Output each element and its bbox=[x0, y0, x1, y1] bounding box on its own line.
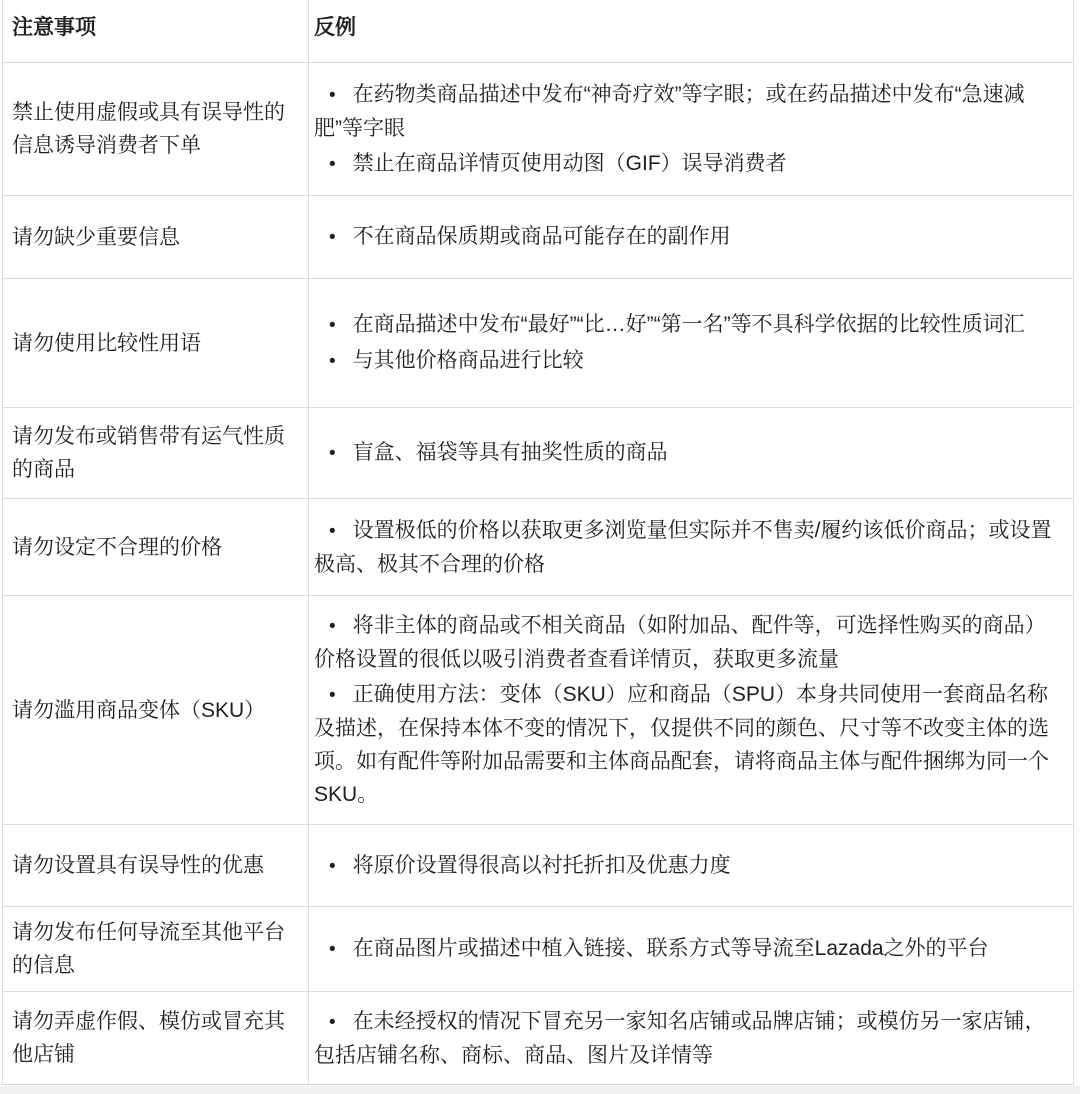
page-bottom-edge bbox=[0, 1086, 1080, 1094]
bullet-marker-icon: • bbox=[329, 227, 336, 248]
note-text: 请勿发布任何导流至其他平台的信息 bbox=[12, 916, 299, 982]
note-text: 请勿使用比较性用语 bbox=[12, 327, 299, 360]
examples-cell: •不在商品保质期或商品可能存在的副作用 bbox=[309, 196, 1073, 278]
note-text: 请勿弄虚作假、模仿或冒充其他店铺 bbox=[12, 1005, 299, 1071]
bullet-text: 将非主体的商品或不相关商品（如附加品、配件等，可选择性购买的商品）价格设置的很低… bbox=[314, 614, 1046, 671]
note-text: 请勿设置具有误导性的优惠 bbox=[12, 849, 299, 882]
table-row: 请勿使用比较性用语 •在商品描述中发布“最好”“比…好”“第一名”等不具科学依据… bbox=[3, 278, 1073, 407]
header-row: 注意事项 反例 bbox=[3, 0, 1073, 62]
bullet-text: 在药物类商品描述中发布“神奇疗效”等字眼；或在药品描述中发布“急速减肥”等字眼 bbox=[314, 83, 1025, 140]
examples-cell: •在未经授权的情况下冒充另一家知名店铺或品牌店铺；或模仿另一家店铺，包括店铺名称… bbox=[309, 992, 1073, 1084]
note-cell: 请勿缺少重要信息 bbox=[3, 196, 309, 278]
note-cell: 禁止使用虚假或具有误导性的信息诱导消费者下单 bbox=[3, 63, 309, 195]
note-cell: 请勿设置具有误导性的优惠 bbox=[3, 825, 309, 906]
note-text: 请勿发布或销售带有运气性质的商品 bbox=[12, 420, 299, 486]
bullet-item: •在药物类商品描述中发布“神奇疗效”等字眼；或在药品描述中发布“急速减肥”等字眼 bbox=[314, 78, 1065, 145]
table-row: 请勿弄虚作假、模仿或冒充其他店铺 •在未经授权的情况下冒充另一家知名店铺或品牌店… bbox=[3, 991, 1073, 1084]
notes-table: 注意事项 反例 禁止使用虚假或具有误导性的信息诱导消费者下单 •在药物类商品描述… bbox=[2, 0, 1074, 1085]
bullet-marker-icon: • bbox=[329, 856, 336, 877]
bullet-marker-icon: • bbox=[329, 85, 336, 106]
header-cell-notes: 注意事项 bbox=[3, 0, 309, 62]
bullet-item: •与其他价格商品进行比较 bbox=[314, 344, 1065, 378]
bullet-marker-icon: • bbox=[329, 939, 336, 960]
note-cell: 请勿使用比较性用语 bbox=[3, 279, 309, 407]
note-cell: 请勿弄虚作假、模仿或冒充其他店铺 bbox=[3, 992, 309, 1084]
examples-cell: •设置极低的价格以获取更多浏览量但实际并不售卖/履约该低价商品；或设置极高、极其… bbox=[309, 499, 1073, 595]
note-text: 禁止使用虚假或具有误导性的信息诱导消费者下单 bbox=[12, 96, 299, 162]
bullet-marker-icon: • bbox=[329, 315, 336, 336]
bullet-text: 在商品描述中发布“最好”“比…好”“第一名”等不具科学依据的比较性质词汇 bbox=[353, 313, 1025, 336]
bullet-item: •不在商品保质期或商品可能存在的副作用 bbox=[314, 220, 1065, 254]
bullet-text: 不在商品保质期或商品可能存在的副作用 bbox=[353, 225, 731, 248]
examples-cell: •在药物类商品描述中发布“神奇疗效”等字眼；或在药品描述中发布“急速减肥”等字眼… bbox=[309, 63, 1073, 195]
table-row: 请勿设定不合理的价格 •设置极低的价格以获取更多浏览量但实际并不售卖/履约该低价… bbox=[3, 498, 1073, 595]
bullet-text: 设置极低的价格以获取更多浏览量但实际并不售卖/履约该低价商品；或设置极高、极其不… bbox=[314, 519, 1052, 576]
page: 注意事项 反例 禁止使用虚假或具有误导性的信息诱导消费者下单 •在药物类商品描述… bbox=[0, 0, 1080, 1094]
bullet-text: 与其他价格商品进行比较 bbox=[353, 349, 584, 372]
note-cell: 请勿设定不合理的价格 bbox=[3, 499, 309, 595]
bullet-item: •盲盒、福袋等具有抽奖性质的商品 bbox=[314, 436, 1065, 470]
bullet-item: •在商品图片或描述中植入链接、联系方式等导流至Lazada之外的平台 bbox=[314, 932, 1065, 966]
examples-cell: •在商品图片或描述中植入链接、联系方式等导流至Lazada之外的平台 bbox=[309, 907, 1073, 991]
bullet-marker-icon: • bbox=[329, 1012, 336, 1033]
bullet-item: •禁止在商品详情页使用动图（GIF）误导消费者 bbox=[314, 147, 1065, 181]
bullet-marker-icon: • bbox=[329, 616, 336, 637]
bullet-marker-icon: • bbox=[329, 154, 336, 175]
bullet-text: 盲盒、福袋等具有抽奖性质的商品 bbox=[353, 441, 668, 464]
bullet-text: 正确使用方法：变体（SKU）应和商品（SPU）本身共同使用一套商品名称及描述，在… bbox=[314, 683, 1049, 806]
bullet-item: •在商品描述中发布“最好”“比…好”“第一名”等不具科学依据的比较性质词汇 bbox=[314, 308, 1065, 342]
bullet-text: 将原价设置得很高以衬托折扣及优惠力度 bbox=[353, 854, 731, 877]
bullet-text: 在商品图片或描述中植入链接、联系方式等导流至Lazada之外的平台 bbox=[353, 937, 989, 960]
examples-cell: •在商品描述中发布“最好”“比…好”“第一名”等不具科学依据的比较性质词汇 •与… bbox=[309, 279, 1073, 407]
note-cell: 请勿发布或销售带有运气性质的商品 bbox=[3, 408, 309, 498]
table-row: 请勿滥用商品变体（SKU） •将非主体的商品或不相关商品（如附加品、配件等，可选… bbox=[3, 595, 1073, 824]
table-row: 请勿设置具有误导性的优惠 •将原价设置得很高以衬托折扣及优惠力度 bbox=[3, 824, 1073, 906]
header-notes-label: 注意事项 bbox=[12, 11, 299, 44]
note-text: 请勿滥用商品变体（SKU） bbox=[12, 694, 299, 727]
bullet-item: •将原价设置得很高以衬托折扣及优惠力度 bbox=[314, 849, 1065, 883]
examples-cell: •盲盒、福袋等具有抽奖性质的商品 bbox=[309, 408, 1073, 498]
examples-cell: •将原价设置得很高以衬托折扣及优惠力度 bbox=[309, 825, 1073, 906]
header-cell-examples: 反例 bbox=[309, 0, 1073, 62]
table-row: 请勿发布任何导流至其他平台的信息 •在商品图片或描述中植入链接、联系方式等导流至… bbox=[3, 906, 1073, 991]
header-examples-label: 反例 bbox=[314, 11, 1065, 44]
bullet-item: •在未经授权的情况下冒充另一家知名店铺或品牌店铺；或模仿另一家店铺，包括店铺名称… bbox=[314, 1005, 1065, 1072]
bullet-marker-icon: • bbox=[329, 443, 336, 464]
bullet-marker-icon: • bbox=[329, 521, 336, 542]
bullet-item: •正确使用方法：变体（SKU）应和商品（SPU）本身共同使用一套商品名称及描述，… bbox=[314, 678, 1065, 811]
bullet-item: •设置极低的价格以获取更多浏览量但实际并不售卖/履约该低价商品；或设置极高、极其… bbox=[314, 514, 1065, 581]
examples-cell: •将非主体的商品或不相关商品（如附加品、配件等，可选择性购买的商品）价格设置的很… bbox=[309, 596, 1073, 824]
note-text: 请勿缺少重要信息 bbox=[12, 221, 299, 254]
table-row: 请勿缺少重要信息 •不在商品保质期或商品可能存在的副作用 bbox=[3, 195, 1073, 278]
note-cell: 请勿滥用商品变体（SKU） bbox=[3, 596, 309, 824]
bullet-item: •将非主体的商品或不相关商品（如附加品、配件等，可选择性购买的商品）价格设置的很… bbox=[314, 609, 1065, 676]
bullet-marker-icon: • bbox=[329, 351, 336, 372]
table-row: 禁止使用虚假或具有误导性的信息诱导消费者下单 •在药物类商品描述中发布“神奇疗效… bbox=[3, 62, 1073, 195]
bullet-marker-icon: • bbox=[329, 685, 336, 706]
bullet-text: 禁止在商品详情页使用动图（GIF）误导消费者 bbox=[353, 152, 787, 175]
bullet-text: 在未经授权的情况下冒充另一家知名店铺或品牌店铺；或模仿另一家店铺，包括店铺名称、… bbox=[314, 1010, 1046, 1067]
table-row: 请勿发布或销售带有运气性质的商品 •盲盒、福袋等具有抽奖性质的商品 bbox=[3, 407, 1073, 498]
note-cell: 请勿发布任何导流至其他平台的信息 bbox=[3, 907, 309, 991]
note-text: 请勿设定不合理的价格 bbox=[12, 531, 299, 564]
